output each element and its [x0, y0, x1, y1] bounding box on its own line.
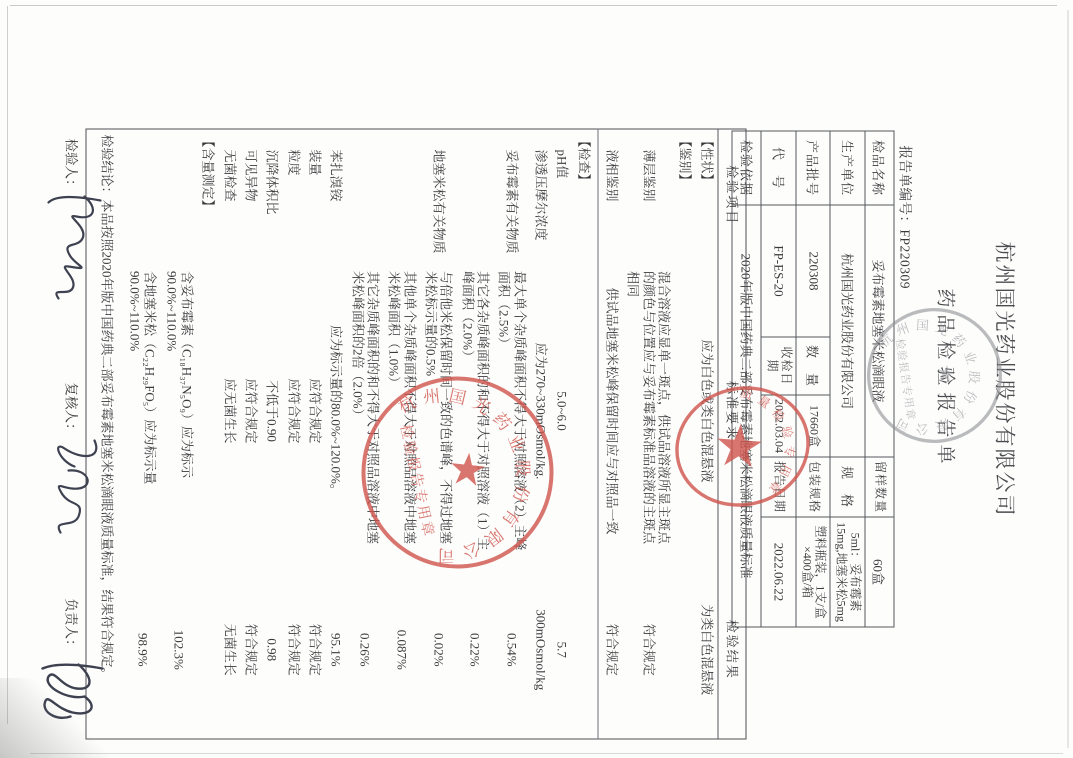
document-title: 药品检验报告单: [934, 1, 961, 758]
scanned-report-page: 报告单编号：FP220309 杭州国光药业股份有限公司 药品检验报告单 检品名称…: [0, 0, 1073, 758]
field-value: 杭州国光药业股份有限公司: [830, 205, 865, 457]
field-label: 收检日期: [761, 337, 796, 395]
field-value: 妥布霉素地塞米松滴眼液: [865, 205, 894, 457]
field-label: 检品名称: [865, 131, 894, 205]
table-row: 其他单个杂质峰面积不得大于对照品溶液中地塞米松峰面积（1.0%） 0.087%: [384, 129, 421, 739]
item-standard: 其它各杂质峰面积的和不得大于对照溶液（1）主峰面积（2.0%）: [457, 261, 494, 561]
item-name: 【检查】: [573, 129, 598, 261]
item-result: 0.26%: [347, 561, 384, 739]
item-result: 0.02%: [420, 561, 457, 739]
items-table: 检验项目 标准要求 检验结果 【性状】 应为白色或类白色混悬液 为类白色混悬液 …: [86, 129, 747, 740]
table-row: 装量 应符合规定 符合规定: [304, 129, 325, 739]
table-row: pH值 5.0~6.0 5.7: [552, 129, 573, 739]
table-row: 代 号 FP-ES-20 收检日期 2022.03.04 报告日期 2022.0…: [761, 131, 796, 627]
examiner-signature: 检验人：: [63, 139, 83, 193]
item-result: 98.9%: [124, 561, 161, 739]
table-row: 液相鉴别 供试品地塞米松峰保留时间应与对照品一致 符合规定: [598, 129, 623, 739]
item-name: 沉降体积比: [262, 129, 283, 261]
item-result: [198, 561, 219, 739]
field-value: 60盒: [865, 517, 894, 627]
table-row: 地塞米松有关物质 与倍他米松保留时间一致的色谱峰，不得过地塞米松标示量的0.5%…: [420, 129, 457, 739]
item-standard: 应为白色或类白色混悬液: [696, 261, 718, 561]
item-standard: 最大单个杂质峰面积不得大于对照溶液（2）主峰面积（2.5%）: [494, 261, 531, 561]
item-standard: 混合溶液应显单一斑点，供试品溶液所显主斑点的颜色与位置应与妥布霉素标准品溶液的主…: [623, 261, 675, 561]
table-row: 苯扎溴铵 应为标示量的80.0%~120.0%。 95.1%: [326, 129, 347, 739]
item-result: 0.22%: [457, 561, 494, 739]
item-standard: [198, 261, 219, 561]
item-result: 无菌生长: [219, 561, 240, 739]
table-row: 妥布霉素有关物质 最大单个杂质峰面积不得大于对照溶液（2）主峰面积（2.5%） …: [494, 129, 531, 739]
field-value: 220308: [796, 205, 831, 337]
table-row: 含妥布霉素（C₁₈H₃₇N₅O₉）应为标示90.0%~110.0% 102.3%: [161, 129, 198, 739]
item-standard: 应符合规定: [240, 261, 261, 561]
item-result: 符合规定: [283, 561, 304, 739]
table-row: 其它各杂质峰面积的和不得大于对照溶液（1）主峰面积（2.0%） 0.22%: [457, 129, 494, 739]
item-result: [573, 561, 598, 739]
table-row: 【含量测定】: [198, 129, 219, 739]
reviewer-signature-scribble: [43, 431, 109, 541]
report-number: 报告单编号：FP220309: [897, 146, 917, 290]
item-standard: 应为270~330mOsmol/kg.: [530, 261, 551, 561]
field-label: 规 格: [830, 457, 865, 517]
report-number-label: 报告单编号：: [898, 146, 913, 230]
item-standard: 其它杂质峰面积的和不得大于对照品溶液中地塞米松峰面积的2倍（2.0%）: [347, 261, 384, 561]
item-standard: [573, 261, 598, 561]
item-name: 可见异物: [240, 129, 261, 261]
field-label: 留样数量: [865, 457, 894, 517]
field-value: 2022.06.22: [761, 517, 796, 627]
item-standard: 含妥布霉素（C₁₈H₃₇N₅O₉）应为标示90.0%~110.0%: [161, 261, 198, 561]
item-result: 5.7: [552, 561, 573, 739]
item-name: [161, 129, 198, 261]
item-standard: [675, 261, 696, 561]
scan-edge-left: [7, 6, 8, 724]
item-name: 装量: [304, 129, 325, 261]
item-standard: 供试品地塞米松峰保留时间应与对照品一致: [598, 261, 623, 561]
table-row: 无菌检查 应无菌生长 无菌生长: [219, 129, 240, 739]
item-result: 符合规定: [240, 561, 261, 739]
item-name: 【含量测定】: [198, 129, 219, 261]
item-name: 妥布霉素有关物质: [494, 129, 531, 261]
column-header: 检验结果: [718, 561, 746, 739]
table-row: 【检查】: [573, 129, 598, 739]
field-value: 5ml：妥布霉素15mg,地塞米松5mg: [830, 517, 865, 627]
item-name: 薄层鉴别: [623, 129, 675, 261]
item-name: [384, 129, 421, 261]
scan-edge-bottom: [30, 753, 1063, 754]
rotated-document: 报告单编号：FP220309 杭州国光药业股份有限公司 药品检验报告单 检品名称…: [0, 1, 1073, 758]
item-standard: 与倍他米松保留时间一致的色谱峰，不得过地塞米松标示量的0.5%: [420, 261, 457, 561]
item-result: 0.087%: [384, 561, 421, 739]
field-value: 2022.03.04: [761, 395, 796, 457]
item-standard: 应为标示量的80.0%~120.0%。: [326, 261, 347, 561]
item-name: 【性状】: [696, 129, 718, 261]
table-row: 可见异物 应符合规定 符合规定: [240, 129, 261, 739]
table-row: 粒度 应符合规定 符合规定: [283, 129, 304, 739]
item-result: 0.54%: [494, 561, 531, 739]
item-result: 0.98: [262, 561, 283, 739]
table-row: 沉降体积比 不低于0.90 0.98: [262, 129, 283, 739]
scan-edge-top: [10, 5, 1057, 6]
item-result: 102.3%: [161, 561, 198, 739]
item-name: 地塞米松有关物质: [420, 129, 457, 261]
item-name: [347, 129, 384, 261]
scan-corner-shadow: [0, 678, 110, 758]
table-row: 其它杂质峰面积的和不得大于对照品溶液中地塞米松峰面积的2倍（2.0%） 0.26…: [347, 129, 384, 739]
company-title: 杭州国光药业股份有限公司: [991, 1, 1021, 758]
item-result: 为类白色混悬液: [696, 561, 718, 739]
item-result: 300mOsmol/kg: [530, 561, 551, 739]
item-name: pH值: [552, 129, 573, 261]
item-name: 苯扎溴铵: [326, 129, 347, 261]
item-standard: 应符合规定: [283, 261, 304, 561]
supervisor-signature: 负责人：: [63, 599, 83, 653]
table-row: 薄层鉴别 混合溶液应显单一斑点，供试品溶液所显主斑点的颜色与位置应与妥布霉素标准…: [623, 129, 675, 739]
item-standard: 应符合规定: [304, 261, 325, 561]
signature-row: 检验人： 复核人： 负责人：: [21, 131, 111, 741]
items-header-row: 检验项目 标准要求 检验结果: [718, 129, 746, 739]
table-row: 【鉴别】: [675, 129, 696, 739]
table-row: 含地塞米松（C₂₂H₂₉FO₅）应为标示量90.0%~110.0% 98.9%: [124, 129, 161, 739]
item-name: 无菌检查: [219, 129, 240, 261]
field-label: 报告日期: [761, 457, 796, 517]
column-header: 标准要求: [718, 261, 746, 561]
examiner-label: 检验人：: [64, 139, 79, 193]
field-label: 产品批号: [796, 131, 831, 205]
header-table: 检品名称 妥布霉素地塞米松滴眼液 留样数量 60盒 生产单位 杭州国光药业股份有…: [732, 131, 895, 628]
item-name: 液相鉴别: [598, 129, 623, 261]
field-label: 生产单位: [830, 131, 865, 205]
item-name: 渗透压摩尔浓度: [530, 129, 551, 261]
field-label: 包装规格: [796, 457, 831, 517]
item-standard: 其他单个杂质峰面积不得大于对照品溶液中地塞米松峰面积（1.0%）: [384, 261, 421, 561]
field-label: 代 号: [761, 131, 796, 205]
gray-seal-type-label: 检验报告专用章: [893, 338, 918, 422]
item-standard: 应无菌生长: [219, 261, 240, 561]
item-standard: 不低于0.90: [262, 261, 283, 561]
item-name: [457, 129, 494, 261]
field-value: FP-ES-20: [761, 205, 796, 337]
field-label: 数 量: [796, 337, 831, 395]
reviewer-signature: 复核人：: [63, 383, 83, 437]
reviewer-label: 复核人：: [64, 383, 79, 437]
item-name: 粒度: [283, 129, 304, 261]
item-result: 符合规定: [623, 561, 675, 739]
field-value: 塑料瓶装，1支/盒×400盒/箱: [796, 517, 831, 627]
supervisor-label: 负责人：: [64, 599, 79, 653]
table-row: 检品名称 妥布霉素地塞米松滴眼液 留样数量 60盒: [865, 131, 894, 627]
item-name: 【鉴别】: [675, 129, 696, 261]
field-value: 17660盒: [796, 395, 831, 457]
item-result: 符合规定: [598, 561, 623, 739]
item-result: 符合规定: [304, 561, 325, 739]
table-row: 【性状】 应为白色或类白色混悬液 为类白色混悬液: [696, 129, 718, 739]
table-row: 产品批号 220308 数 量 17660盒 包装规格 塑料瓶装，1支/盒×40…: [796, 131, 831, 627]
report-number-value: FP220309: [898, 230, 913, 290]
item-name: [124, 129, 161, 261]
item-standard: 5.0~6.0: [552, 261, 573, 561]
table-row: 渗透压摩尔浓度 应为270~330mOsmol/kg. 300mOsmol/kg: [530, 129, 551, 739]
scan-edge-right: [1067, 10, 1069, 748]
examiner-signature-scribble: [39, 187, 109, 307]
column-header: 检验项目: [718, 129, 746, 261]
table-row: 生产单位 杭州国光药业股份有限公司 规 格 5ml：妥布霉素15mg,地塞米松5…: [830, 131, 865, 627]
item-standard: 含地塞米松（C₂₂H₂₉FO₅）应为标示量90.0%~110.0%: [124, 261, 161, 561]
item-result: [675, 561, 696, 739]
item-result: 95.1%: [326, 561, 347, 739]
